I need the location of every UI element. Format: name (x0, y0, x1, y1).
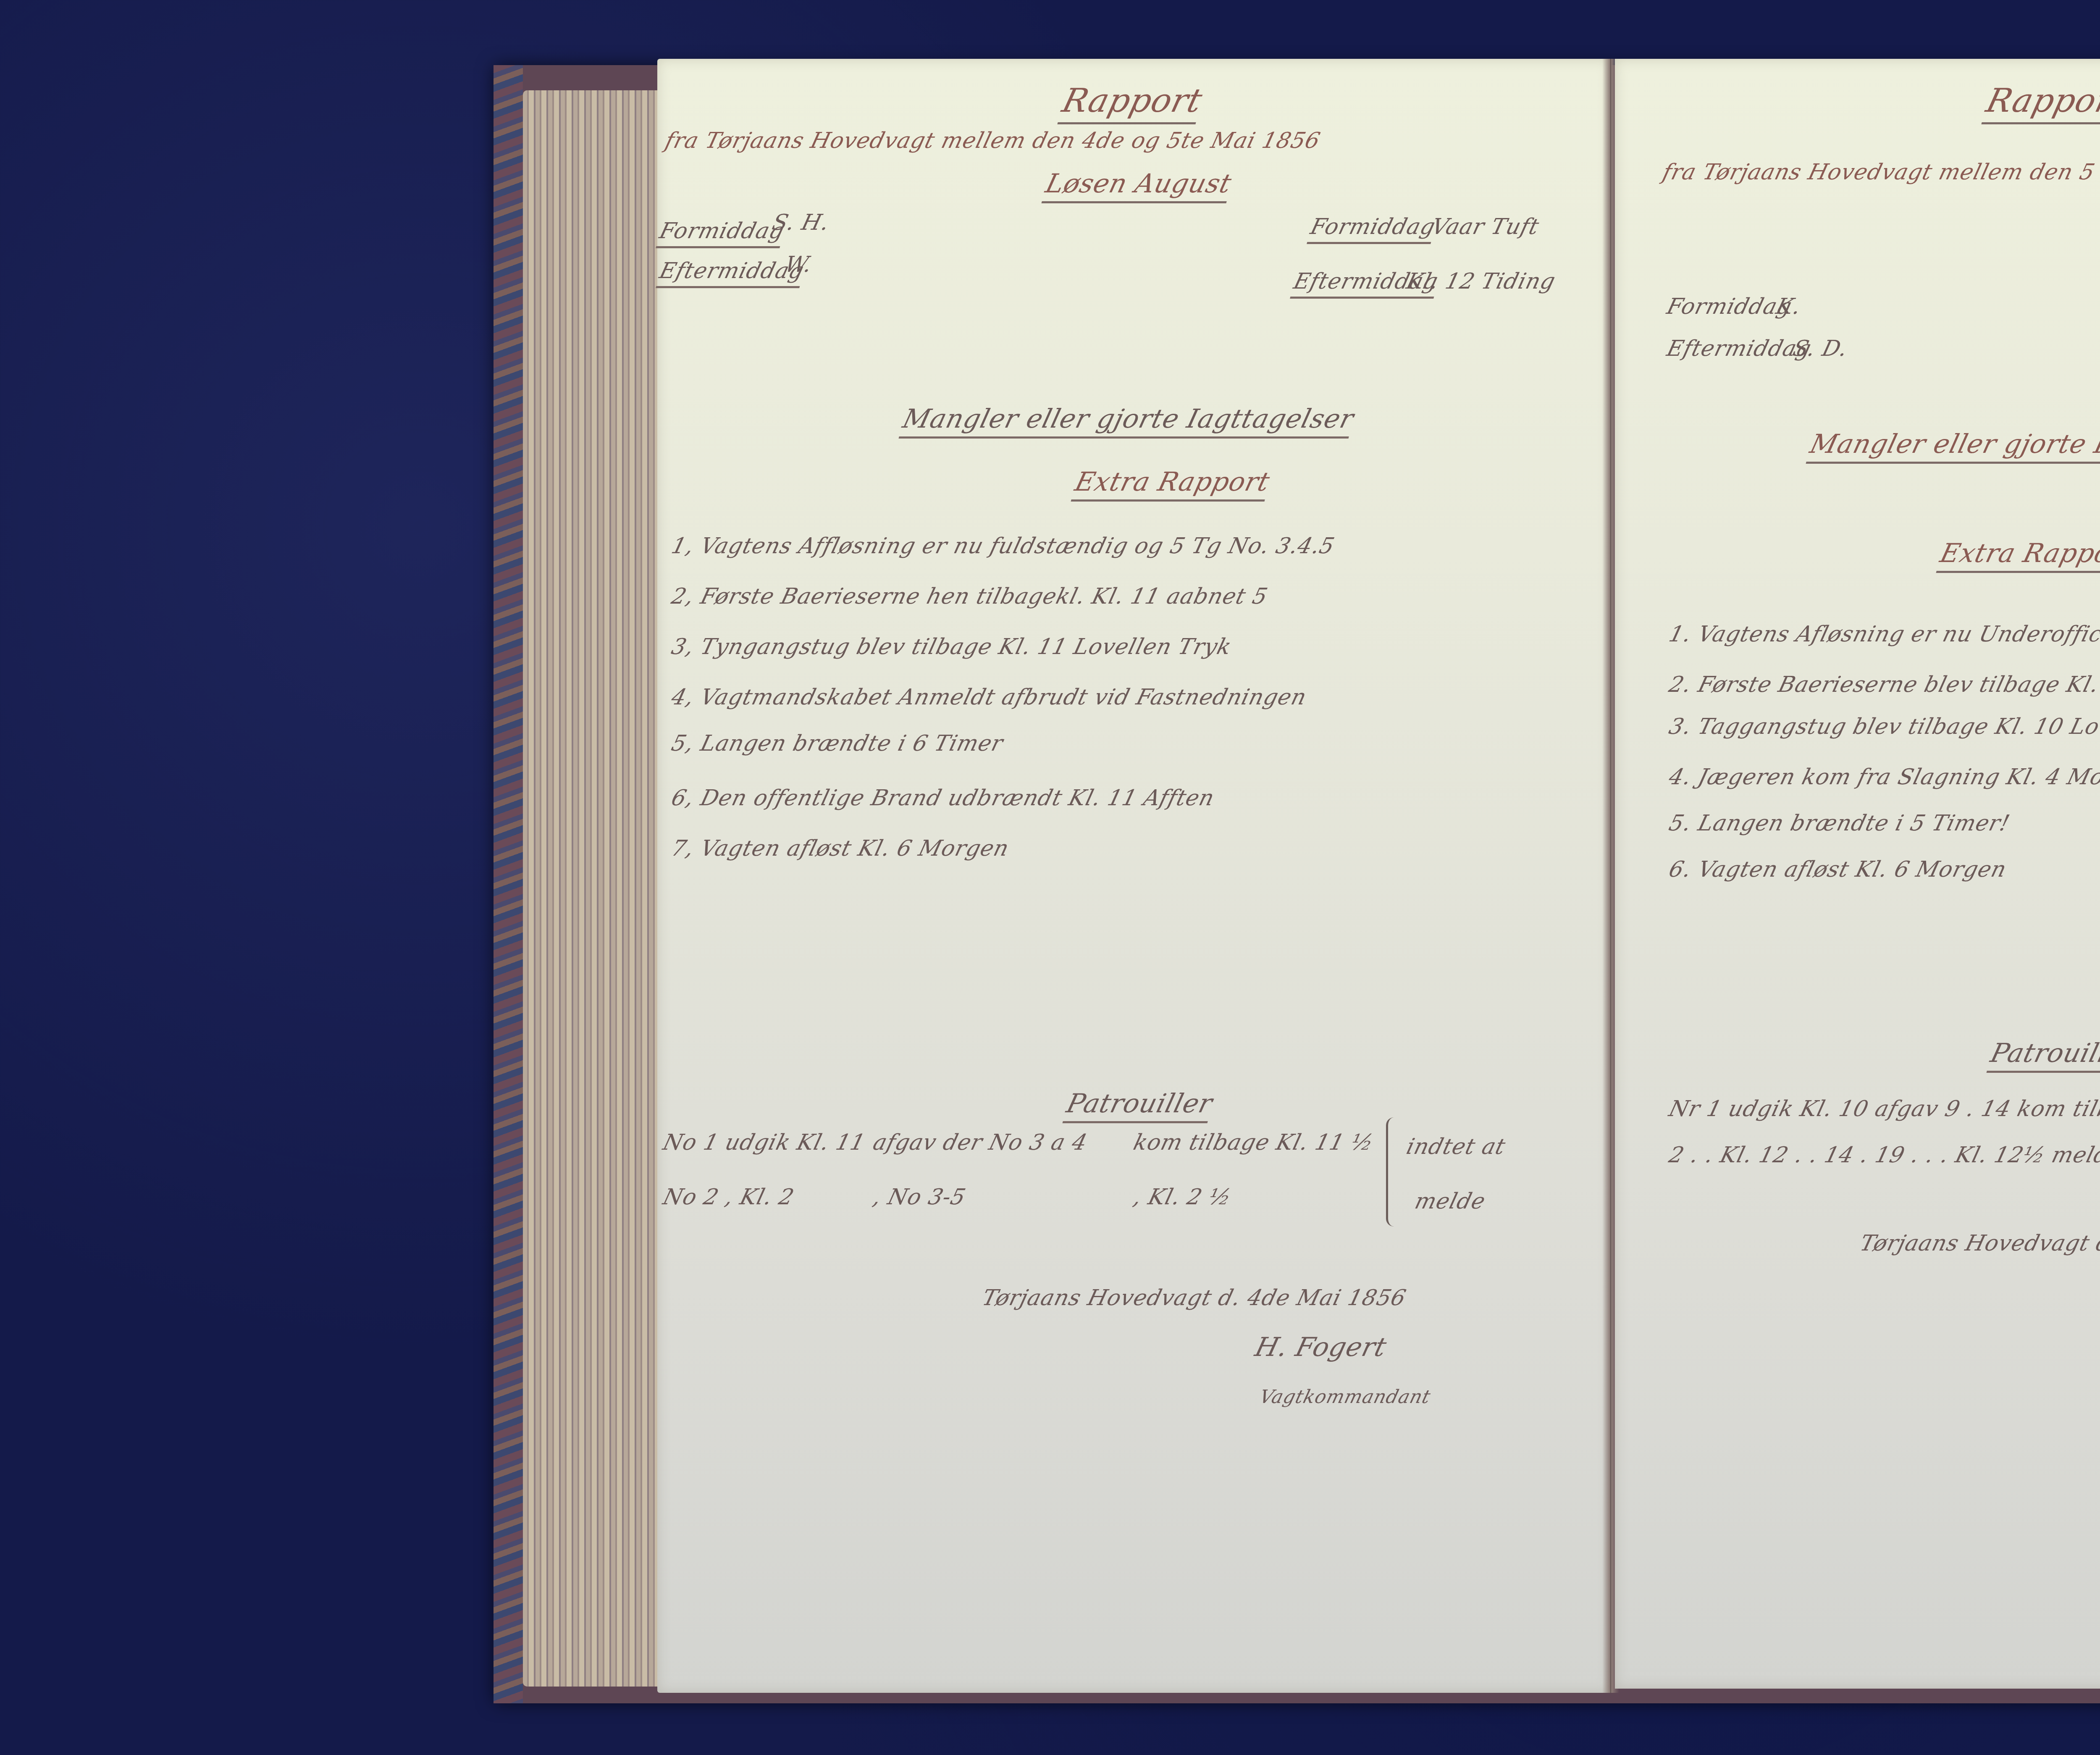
left-watch-value-1: S. H. (770, 210, 832, 235)
right-patrols-heading: Patrouiller (1987, 1038, 2100, 1073)
left-extra-item-6: 6, Den offentlige Brand udbrændt Kl. 11 … (669, 786, 1217, 811)
right-extra-item-1: 1. Vagtens Afløsning er nu Underofficere… (1667, 622, 2100, 647)
left-extra-item-2: 2, Første Baerieserne hen tilbagekl. Kl.… (669, 584, 1270, 609)
right-watch-value-2: S. D. (1790, 336, 1851, 361)
left-patrol-1-col1: No 1 udgik Kl. 11 (661, 1130, 868, 1155)
left-extra-item-5: 5, Langen brændte i 6 Timer (669, 731, 1006, 756)
left-watch-label-1: Formiddag (656, 218, 787, 248)
right-extra-heading: Extra Rapport (1936, 538, 2100, 573)
right-page-intro-line: fra Tørjaans Hovedvagt mellem den 5 og 6… (1660, 160, 2100, 185)
left-section-heading: Mangler eller gjorte Iagttagelser (899, 403, 1357, 439)
right-closing-line: Tørjaans Hovedvagt den 5. Mai 1856. (1858, 1231, 2100, 1256)
left-page-title: Rapport (1057, 82, 1206, 124)
left-patrol-2-col1: No 2 , Kl. 2 (661, 1185, 797, 1210)
left-patrols-heading: Patrouiller (1063, 1088, 1216, 1123)
left-page-subtitle: Løsen August (1042, 168, 1235, 203)
left-extra-heading: Extra Rapport (1071, 466, 1273, 502)
right-extra-item-2: 2. Første Baerieserne blev tilbage Kl. 1… (1667, 672, 2100, 697)
left-page-intro-line: fra Tørjaans Hovedvagt mellem den 4de og… (663, 128, 1323, 153)
left-patrols-note-1: indtet at (1404, 1134, 1508, 1159)
right-extra-item-5: 5. Langen brændte i 5 Timer! (1667, 811, 2013, 836)
cover-marbled-edge-left (493, 65, 523, 1703)
right-extra-item-3: 3. Taggangstug blev tilbage Kl. 10 Lovel… (1667, 714, 2100, 739)
left-patrol-2-col2: , No 3-5 (871, 1185, 969, 1210)
page-stack-left (523, 90, 657, 1687)
left-patrol-1-col3: kom tilbage Kl. 11 ½ (1131, 1130, 1376, 1155)
left-patrol-2-col3: , Kl. 2 ½ (1131, 1185, 1234, 1210)
left-closing-line: Tørjaans Hovedvagt d. 4de Mai 1856 (980, 1285, 1409, 1311)
left-extra-item-1: 1, Vagtens Affløsning er nu fuldstændig … (669, 533, 1337, 559)
left-extra-item-3: 3, Tyngangstug blev tilbage Kl. 11 Lovel… (669, 634, 1234, 659)
left-signature: H. Fogert (1252, 1332, 1390, 1362)
right-section-heading: Mangler eller gjorte Iagttagelser (1806, 428, 2100, 464)
patrol-brace (1386, 1117, 1394, 1227)
right-patrol-1: Nr 1 udgik Kl. 10 afgav 9 . 14 kom tilba… (1667, 1096, 2100, 1122)
right-extra-item-4: 4. Jægeren kom fra Slagning Kl. 4 Morgen (1667, 765, 2100, 790)
right-page-title: Rapport (1981, 82, 2100, 124)
right-col-watch-value-1: Vaar Tuft (1429, 214, 1542, 239)
left-extra-item-7: 7, Vagten afløst Kl. 6 Morgen (669, 836, 1012, 861)
left-signature-title: Vagtkommandant (1257, 1386, 1433, 1408)
right-col-watch-label-1: Formiddag (1307, 214, 1438, 244)
left-page (657, 59, 1611, 1693)
right-col-watch-value-2: Kl. 12 Tiding (1404, 269, 1558, 294)
right-patrol-2: 2 . . Kl. 12 . . 14 . 19 . . . Kl. 12½ m… (1667, 1143, 2100, 1168)
left-extra-item-4: 4, Vagtmandskabet Anmeldt afbrudt vid Fa… (669, 685, 1310, 710)
left-patrols-note-2: melde (1412, 1189, 1488, 1214)
left-patrol-1-col2: afgav der No 3 a 4 (871, 1130, 1090, 1155)
right-extra-item-6: 6. Vagten afløst Kl. 6 Morgen (1667, 857, 2009, 882)
